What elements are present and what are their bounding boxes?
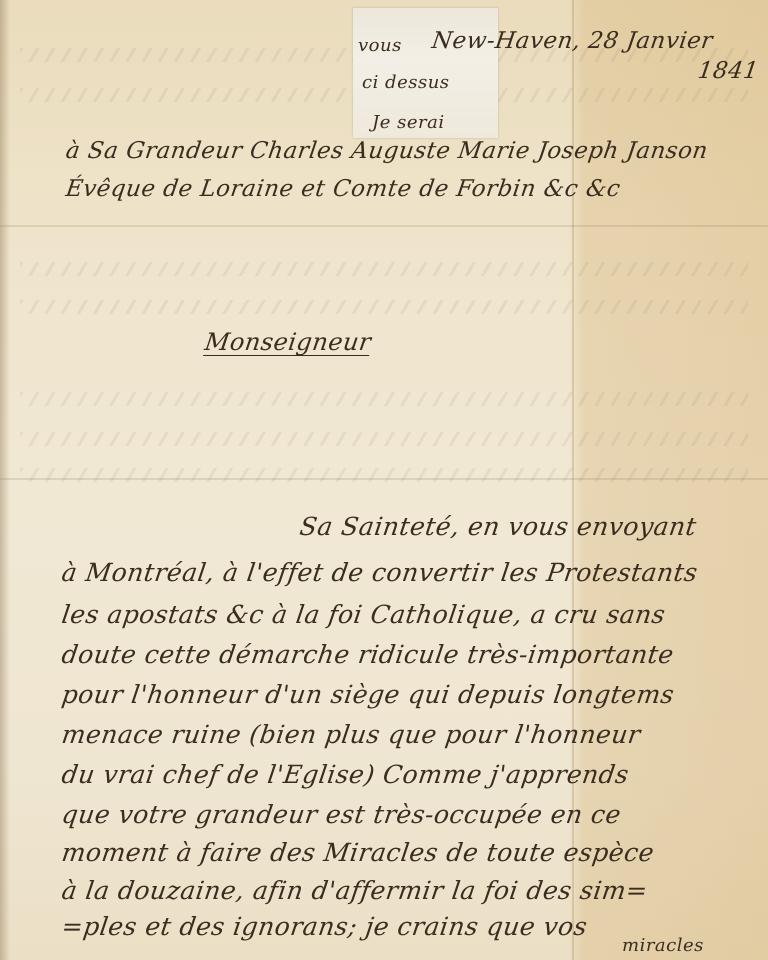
body-line: que votre grandeur est très-occupée en c… [60, 800, 623, 829]
bleed-through [20, 262, 748, 276]
body-line: pour l'honneur d'un siège qui depuis lon… [60, 680, 676, 709]
body-line: =ples et des ignorans; je crains que vos [60, 912, 589, 941]
fold-line [0, 225, 768, 227]
body-line: à la douzaine, afin d'affermir la foi de… [60, 876, 650, 905]
bleed-through [20, 392, 748, 406]
address-line-2: Évêque de Loraine et Comte de Forbin &c … [64, 176, 622, 202]
address-line-1: à Sa Grandeur Charles Auguste Marie Jose… [64, 138, 710, 164]
slip-line-2: ci dessus [362, 72, 450, 93]
bleed-through [20, 300, 748, 314]
body-line: du vrai chef de l'Eglise) Comme j'appren… [60, 760, 631, 789]
place-date: New-Haven, 28 Janvier [430, 28, 714, 54]
year: 1841 [696, 58, 760, 84]
body-line: doute cette démarche ridicule très-impor… [60, 640, 676, 669]
bleed-through [20, 432, 748, 446]
slip-line-3: Je serai [372, 112, 445, 133]
catchword: miracles [622, 935, 704, 956]
salutation: Monseigneur [203, 328, 373, 356]
body-line: Sa Sainteté, en vous envoyant [298, 512, 698, 541]
body-line: moment à faire des Miracles de toute esp… [60, 838, 656, 867]
body-line: menace ruine (bien plus que pour l'honne… [60, 720, 643, 749]
body-line: à Montréal, à l'effet de convertir les P… [60, 558, 700, 587]
slip-line-1: vous [358, 35, 402, 56]
body-line: les apostats &c à la foi Catholique, a c… [60, 600, 667, 629]
bleed-through [20, 468, 748, 482]
